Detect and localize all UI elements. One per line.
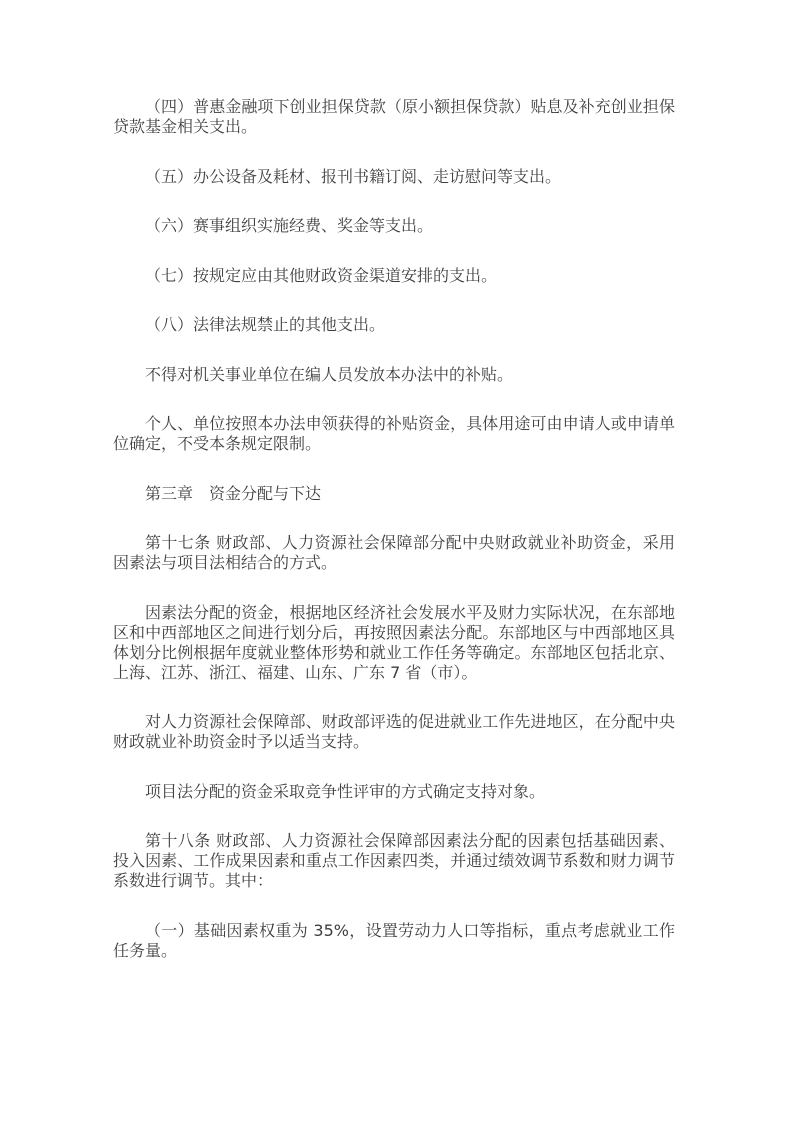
paragraph-list-item: （八）法律法规禁止的其他支出。 [113, 315, 675, 335]
paragraph-body: 项目法分配的资金采取竞争性评审的方式确定支持对象。 [113, 782, 675, 802]
paragraph-chapter-heading: 第三章 资金分配与下达 [113, 484, 675, 504]
paragraph-list-item: （一）基础因素权重为 35%，设置劳动力人口等指标，重点考虑就业工作任务量。 [113, 921, 675, 961]
paragraph-list-item: （五）办公设备及耗材、报刊书籍订阅、走访慰问等支出。 [113, 167, 675, 187]
paragraph-body: 个人、单位按照本办法申领获得的补贴资金，具体用途可由申请人或申请单位确定，不受本… [113, 414, 675, 454]
document-body: （四）普惠金融项下创业担保贷款（原小额担保贷款）贴息及补充创业担保贷款基金相关支… [113, 97, 675, 961]
paragraph-list-item: （七）按规定应由其他财政资金渠道安排的支出。 [113, 266, 675, 286]
paragraph-body: 因素法分配的资金，根据地区经济社会发展水平及财力实际状况，在东部地区和中西部地区… [113, 603, 675, 683]
document-page: （四）普惠金融项下创业担保贷款（原小额担保贷款）贴息及补充创业担保贷款基金相关支… [0, 0, 793, 1122]
paragraph-article: 第十七条 财政部、人力资源社会保障部分配中央财政就业补助资金，采用因素法与项目法… [113, 533, 675, 573]
paragraph-body: 对人力资源社会保障部、财政部评选的促进就业工作先进地区，在分配中央财政就业补助资… [113, 712, 675, 752]
paragraph-body: 不得对机关事业单位在编人员发放本办法中的补贴。 [113, 365, 675, 385]
paragraph-list-item: （四）普惠金融项下创业担保贷款（原小额担保贷款）贴息及补充创业担保贷款基金相关支… [113, 97, 675, 137]
paragraph-article: 第十八条 财政部、人力资源社会保障部因素法分配的因素包括基础因素、投入因素、工作… [113, 831, 675, 891]
paragraph-list-item: （六）赛事组织实施经费、奖金等支出。 [113, 216, 675, 236]
